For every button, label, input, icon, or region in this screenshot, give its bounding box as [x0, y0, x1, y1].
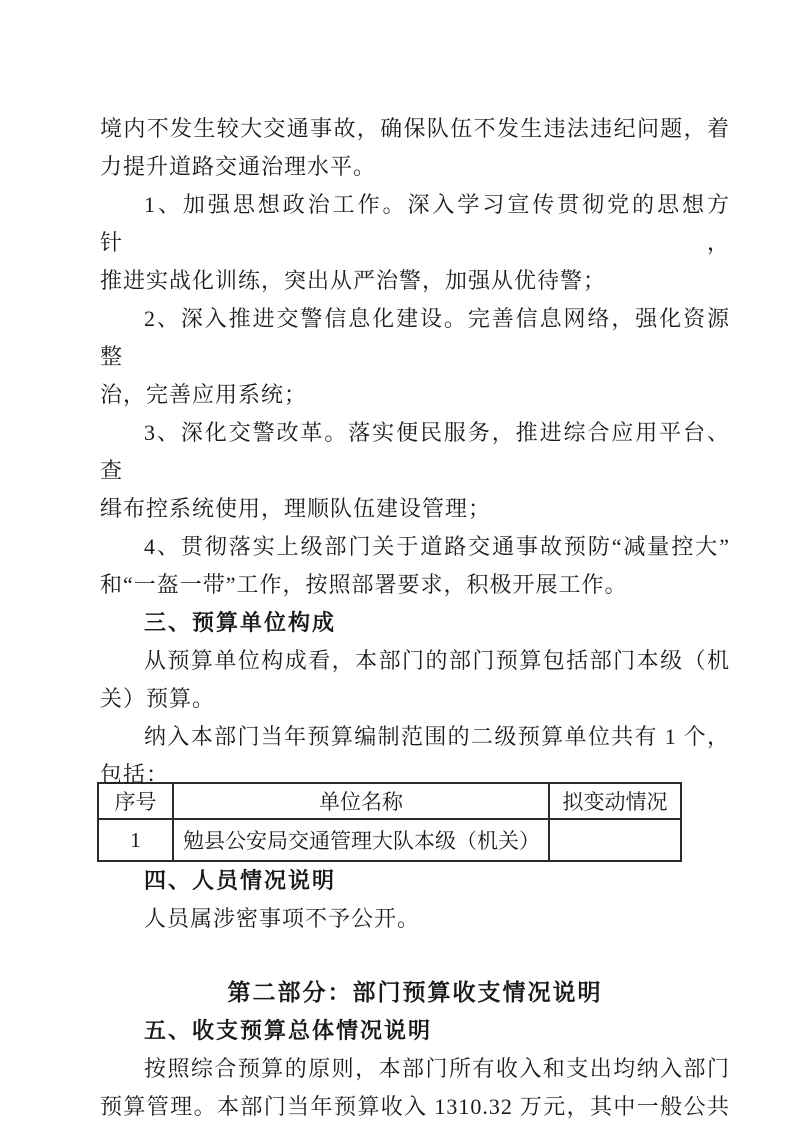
section-heading-4: 四、人员情况说明 — [100, 862, 730, 900]
section-heading-5: 五、收支预算总体情况说明 — [100, 1012, 730, 1050]
body-line: 1、加强思想政治工作。深入学习宣传贯彻党的思想方针， — [100, 186, 730, 262]
table-row: 1 勉县公安局交通管理大队本级（机关） — [98, 819, 681, 861]
body-line: 缉布控系统使用，理顺队伍建设管理； — [100, 490, 730, 528]
document-page: 境内不发生较大交通事故，确保队伍不发生违法违纪问题，着力提升道路交通治理水平。1… — [0, 0, 793, 1122]
body-line: 2、深入推进交警信息化建设。完善信息网络，强化资源整 — [100, 300, 730, 376]
body-line: 力提升道路交通治理水平。 — [100, 148, 730, 186]
body-line: 纳入本部门当年预算编制范围的二级预算单位共有 1 个， — [100, 718, 730, 756]
table-header-unit-name: 单位名称 — [173, 783, 549, 819]
table-cell-index: 1 — [98, 819, 173, 861]
table-header-change-status: 拟变动情况 — [549, 783, 681, 819]
part-heading-2: 第二部分：部门预算收支情况说明 — [100, 972, 730, 1012]
body-line: 从预算单位构成看，本部门的部门预算包括部门本级（机 — [100, 642, 730, 680]
text-block-before-table: 境内不发生较大交通事故，确保队伍不发生违法违纪问题，着力提升道路交通治理水平。1… — [100, 110, 730, 794]
table-cell-change-status — [549, 819, 681, 861]
body-line: 治，完善应用系统； — [100, 376, 730, 414]
section-heading-3: 三、预算单位构成 — [100, 604, 730, 642]
body-line: 推进实战化训练，突出从严治警，加强从优待警； — [100, 262, 730, 300]
table-header-row: 序号 单位名称 拟变动情况 — [98, 783, 681, 819]
body-line: 3、深化交警改革。落实便民服务，推进综合应用平台、查 — [100, 414, 730, 490]
table-cell-unit-name: 勉县公安局交通管理大队本级（机关） — [173, 819, 549, 861]
body-line: 4、贯彻落实上级部门关于道路交通事故预防“减量控大” — [100, 528, 730, 566]
document-content: 境内不发生较大交通事故，确保队伍不发生违法违纪问题，着力提升道路交通治理水平。1… — [100, 110, 730, 1122]
body-line: 关）预算。 — [100, 680, 730, 718]
text-block-after-table: 四、人员情况说明人员属涉密事项不予公开。第二部分：部门预算收支情况说明五、收支预… — [100, 862, 730, 1122]
body-line: 按照综合预算的原则，本部门所有收入和支出均纳入部门 — [100, 1050, 730, 1088]
budget-unit-table: 序号 单位名称 拟变动情况 1 勉县公安局交通管理大队本级（机关） — [97, 782, 682, 862]
body-line: 境内不发生较大交通事故，确保队伍不发生违法违纪问题，着 — [100, 110, 730, 148]
body-line: 和“一盔一带”工作，按照部署要求，积极开展工作。 — [100, 566, 730, 604]
body-line: 预算管理。本部门当年预算收入 1310.32 万元，其中一般公共 — [100, 1088, 730, 1122]
body-line: 人员属涉密事项不予公开。 — [100, 900, 730, 938]
